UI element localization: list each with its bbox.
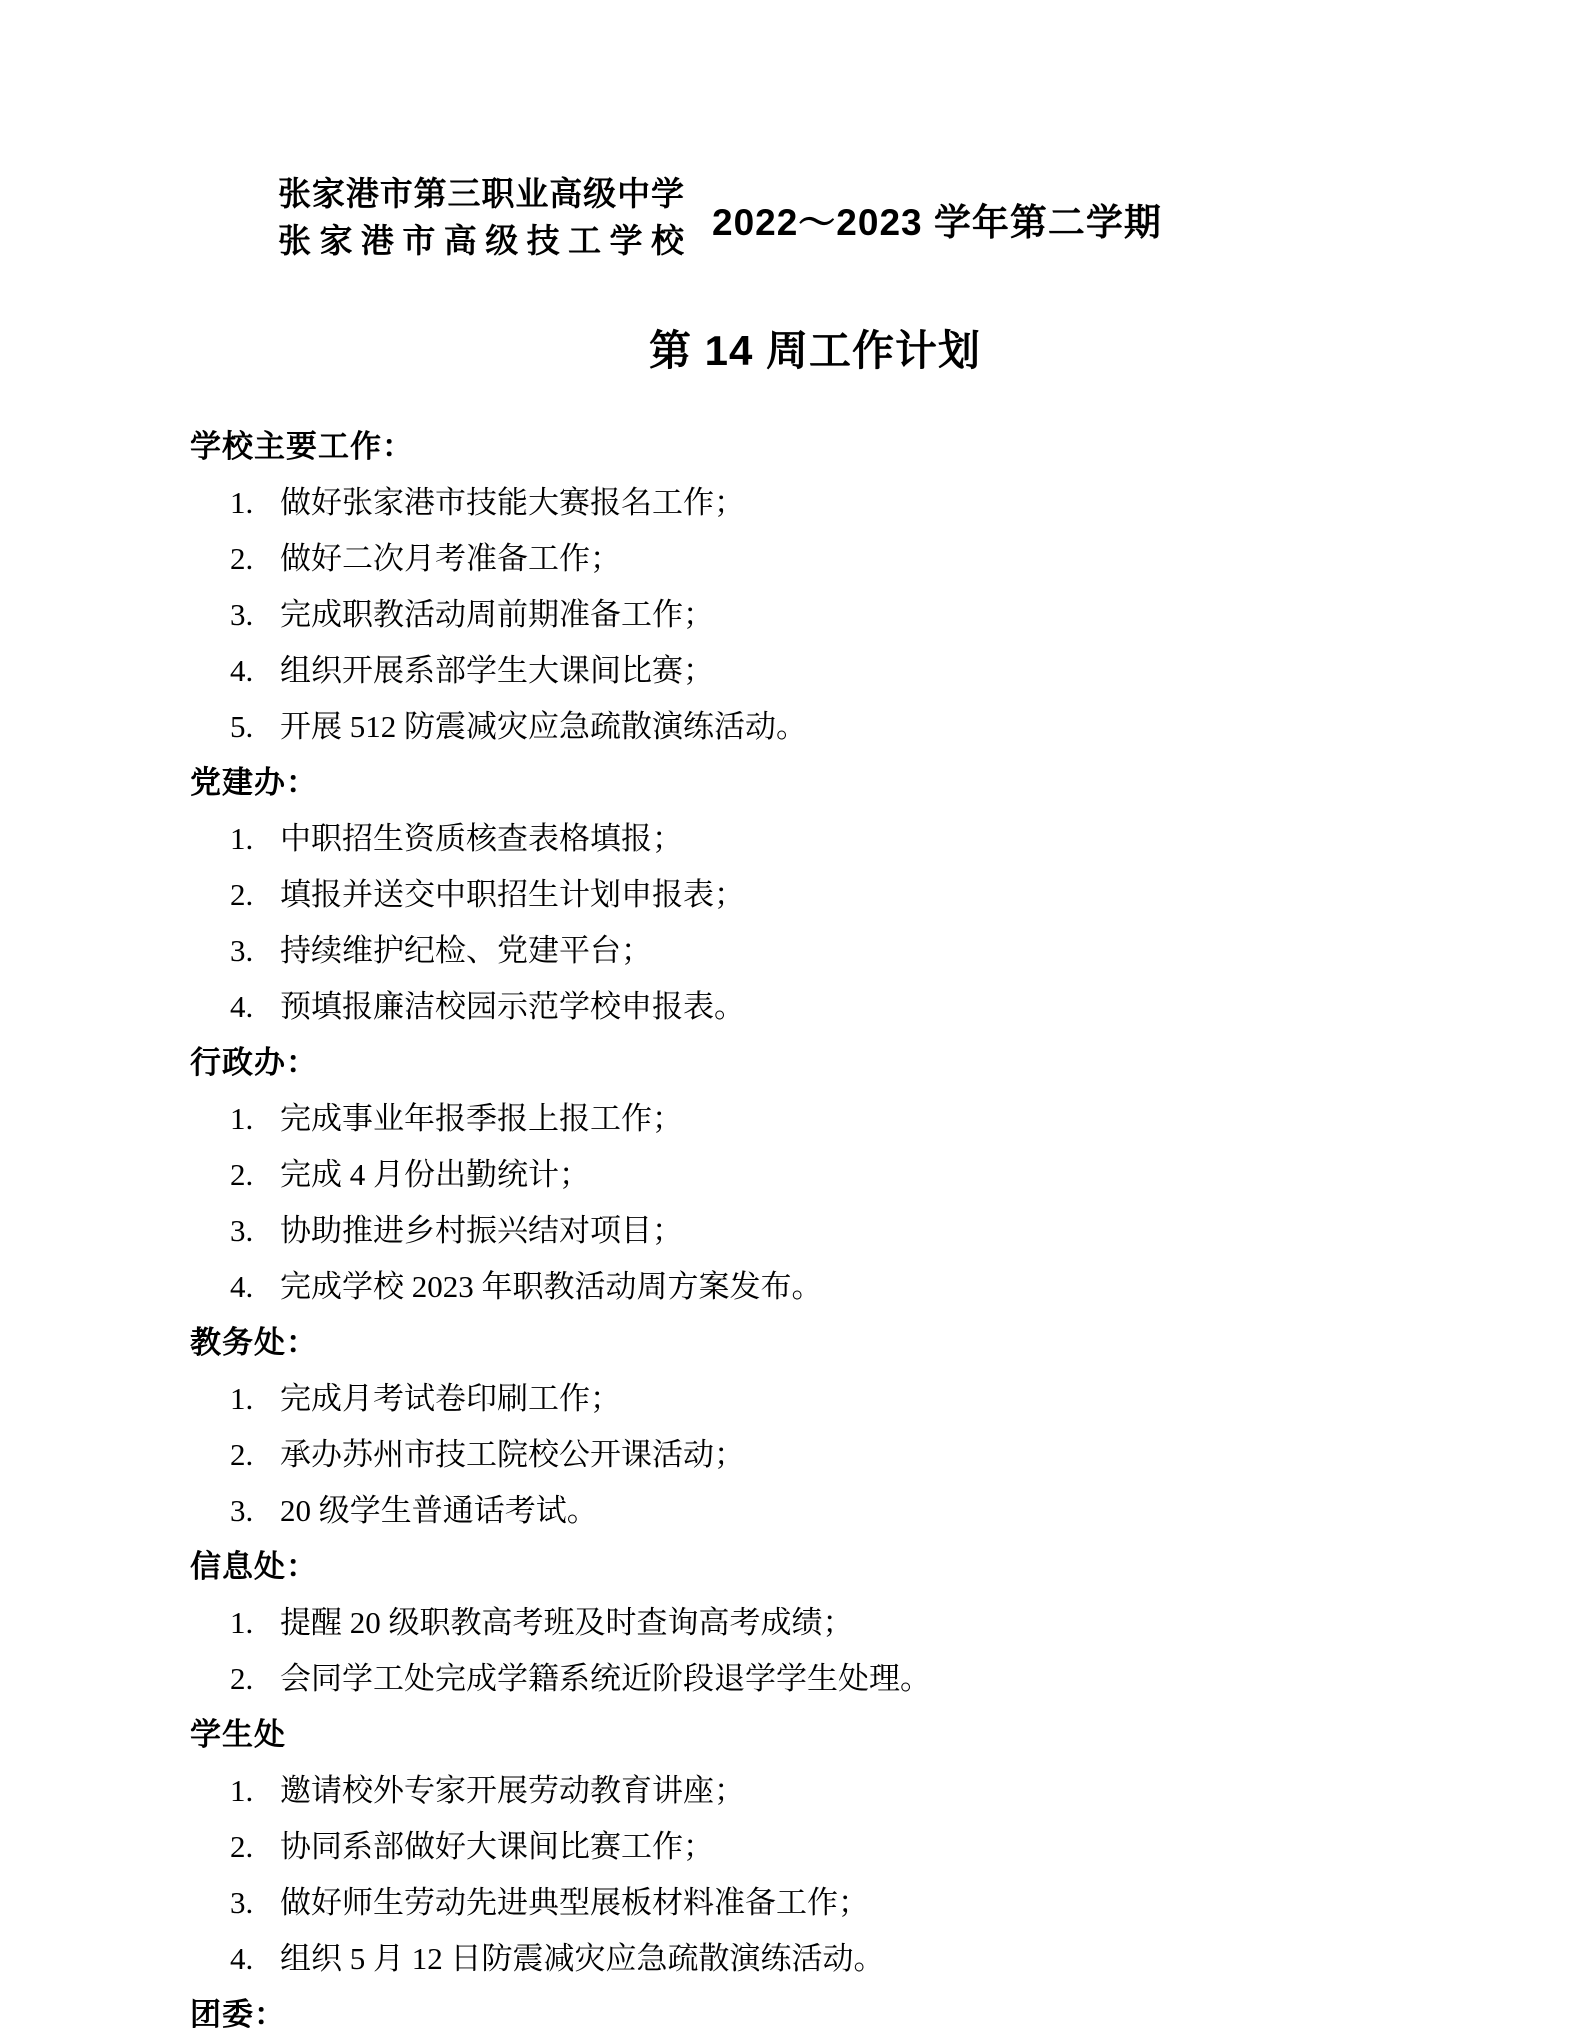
school-name-line1: 张家港市第三职业高级中学	[278, 172, 684, 219]
list-item: 3.协助推进乡村振兴结对项目；	[190, 1203, 1440, 1259]
document-page: 张家港市第三职业高级中学 张家港市高级技工学校 2022～2023 学年第二学期…	[0, 0, 1587, 2036]
list-item: 4.完成学校 2023 年职教活动周方案发布。	[190, 1259, 1440, 1315]
item-text: 完成 4 月份出勤统计；	[280, 1157, 590, 1192]
list-item: 1.完成事业年报季报上报工作；	[190, 1091, 1440, 1147]
list-item: 2.会同学工处完成学籍系统近阶段退学学生处理。	[190, 1651, 1440, 1707]
item-text: 组织开展系部学生大课间比赛；	[280, 653, 714, 688]
item-number: 1.	[230, 1595, 280, 1651]
list-item: 2.承办苏州市技工院校公开课活动；	[190, 1427, 1440, 1483]
list-item: 1.中职招生资质核查表格填报；	[190, 811, 1440, 867]
item-number: 2.	[230, 531, 280, 587]
section-heading: 团委：	[190, 1987, 1440, 2036]
list-item: 2.协同系部做好大课间比赛工作；	[190, 1819, 1440, 1875]
item-number: 2.	[230, 867, 280, 923]
section-heading: 党建办：	[190, 755, 1440, 811]
item-number: 3.	[230, 923, 280, 979]
item-number: 4.	[230, 979, 280, 1035]
document-header: 张家港市第三职业高级中学 张家港市高级技工学校 2022～2023 学年第二学期	[278, 172, 1162, 266]
item-text: 完成职教活动周前期准备工作；	[280, 597, 714, 632]
item-text: 开展 512 防震减灾应急疏散演练活动。	[280, 709, 807, 744]
page-title: 第 14 周工作计划	[190, 326, 1440, 376]
item-number: 2.	[230, 1147, 280, 1203]
item-number: 4.	[230, 643, 280, 699]
list-item: 3.完成职教活动周前期准备工作；	[190, 587, 1440, 643]
list-item: 4.预填报廉洁校园示范学校申报表。	[190, 979, 1440, 1035]
section-heading: 信息处：	[190, 1539, 1440, 1595]
item-text: 完成月考试卷印刷工作；	[280, 1381, 621, 1416]
item-text: 完成事业年报季报上报工作；	[280, 1101, 683, 1136]
item-text: 承办苏州市技工院校公开课活动；	[280, 1437, 745, 1472]
item-number: 3.	[230, 1203, 280, 1259]
item-text: 协助推进乡村振兴结对项目；	[280, 1213, 683, 1248]
list-item: 1.邀请校外专家开展劳动教育讲座；	[190, 1763, 1440, 1819]
item-number: 1.	[230, 475, 280, 531]
item-number: 1.	[230, 1763, 280, 1819]
item-number: 4.	[230, 1259, 280, 1315]
item-number: 1.	[230, 811, 280, 867]
item-text: 完成学校 2023 年职教活动周方案发布。	[280, 1269, 823, 1304]
list-item: 2.做好二次月考准备工作；	[190, 531, 1440, 587]
list-item: 4.组织开展系部学生大课间比赛；	[190, 643, 1440, 699]
item-text: 预填报廉洁校园示范学校申报表。	[280, 989, 745, 1024]
item-text: 做好师生劳动先进典型展板材料准备工作；	[280, 1885, 869, 1920]
section-heading: 学校主要工作：	[190, 419, 1440, 475]
list-item: 5.开展 512 防震减灾应急疏散演练活动。	[190, 699, 1440, 755]
item-text: 持续维护纪检、党建平台；	[280, 933, 652, 968]
item-number: 2.	[230, 1651, 280, 1707]
item-text: 填报并送交中职招生计划申报表；	[280, 877, 745, 912]
item-text: 做好二次月考准备工作；	[280, 541, 621, 576]
item-number: 2.	[230, 1819, 280, 1875]
school-names: 张家港市第三职业高级中学 张家港市高级技工学校	[278, 172, 684, 266]
list-item: 2.完成 4 月份出勤统计；	[190, 1147, 1440, 1203]
item-number: 1.	[230, 1371, 280, 1427]
section-heading: 学生处	[190, 1707, 1440, 1763]
item-text: 会同学工处完成学籍系统近阶段退学学生处理。	[280, 1661, 931, 1696]
item-number: 3.	[230, 587, 280, 643]
item-number: 3.	[230, 1875, 280, 1931]
work-plan-sections: 学校主要工作：1.做好张家港市技能大赛报名工作；2.做好二次月考准备工作；3.完…	[190, 419, 1440, 2036]
list-item: 1.完成月考试卷印刷工作；	[190, 1371, 1440, 1427]
list-item: 3.做好师生劳动先进典型展板材料准备工作；	[190, 1875, 1440, 1931]
list-item: 3.20 级学生普通话考试。	[190, 1483, 1440, 1539]
item-number: 3.	[230, 1483, 280, 1539]
item-text: 协同系部做好大课间比赛工作；	[280, 1829, 714, 1864]
list-item: 2.填报并送交中职招生计划申报表；	[190, 867, 1440, 923]
item-text: 组织 5 月 12 日防震减灾应急疏散演练活动。	[280, 1941, 885, 1976]
item-number: 1.	[230, 1091, 280, 1147]
section-heading: 教务处：	[190, 1315, 1440, 1371]
item-text: 邀请校外专家开展劳动教育讲座；	[280, 1773, 745, 1808]
list-item: 4.组织 5 月 12 日防震减灾应急疏散演练活动。	[190, 1931, 1440, 1987]
list-item: 1.提醒 20 级职教高考班及时查询高考成绩；	[190, 1595, 1440, 1651]
semester-label: 2022～2023 学年第二学期	[712, 192, 1162, 246]
section-heading: 行政办：	[190, 1035, 1440, 1091]
item-text: 20 级学生普通话考试。	[280, 1493, 598, 1528]
item-text: 提醒 20 级职教高考班及时查询高考成绩；	[280, 1605, 854, 1640]
item-text: 中职招生资质核查表格填报；	[280, 821, 683, 856]
list-item: 1.做好张家港市技能大赛报名工作；	[190, 475, 1440, 531]
school-name-line2: 张家港市高级技工学校	[278, 219, 684, 266]
item-number: 4.	[230, 1931, 280, 1987]
item-text: 做好张家港市技能大赛报名工作；	[280, 485, 745, 520]
list-item: 3.持续维护纪检、党建平台；	[190, 923, 1440, 979]
item-number: 5.	[230, 699, 280, 755]
item-number: 2.	[230, 1427, 280, 1483]
